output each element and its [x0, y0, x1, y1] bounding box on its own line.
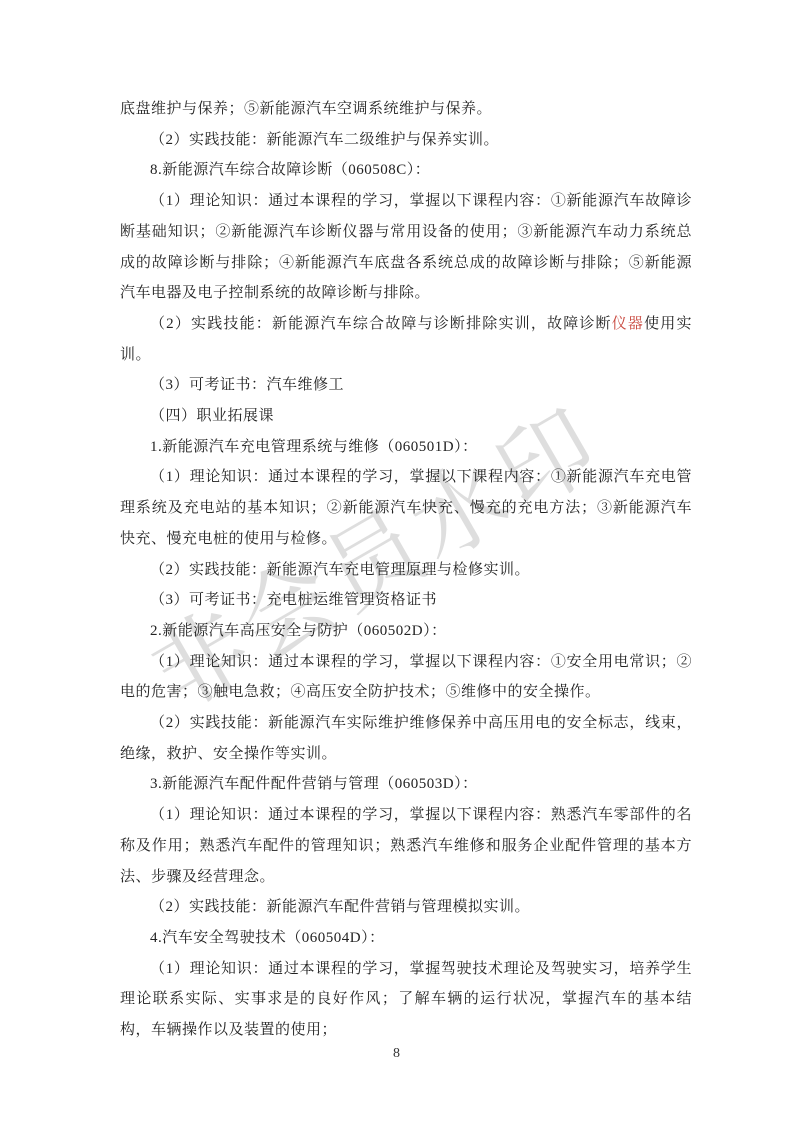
document-body: 底盘维护与保养；⑤新能源汽车空调系统维护与保养。（2）实践技能：新能源汽车二级维…: [120, 94, 692, 1046]
text-run: 2.新能源汽车高压安全与防护（060502D）：: [150, 623, 447, 639]
text-run: 8.新能源汽车综合故障诊断（060508C）：: [150, 162, 430, 178]
text-run: （四）职业拓展课: [150, 408, 274, 424]
paragraph: （2）实践技能：新能源汽车二级维护与保养实训。: [120, 125, 692, 156]
paragraph: （2）实践技能：新能源汽车综合故障与诊断排除实训，故障诊断仪器使用实训。: [120, 309, 692, 370]
text-run: 4.汽车安全驾驶技术（060504D）：: [150, 930, 385, 946]
paragraph: （2）实践技能：新能源汽车充电管理原理与检修实训。: [120, 555, 692, 586]
paragraph: （3）可考证书：汽车维修工: [120, 370, 692, 401]
paragraph: （1）理论知识：通过本课程的学习，掌握以下课程内容：熟悉汽车零部件的名称及作用；…: [120, 800, 692, 892]
paragraph: （3）可考证书：充电桩运维管理资格证书: [120, 585, 692, 616]
paragraph: （1）理论知识：通过本课程的学习，掌握以下课程内容：①新能源汽车故障诊断基础知识…: [120, 186, 692, 309]
paragraph: （2）实践技能：新能源汽车实际维护维修保养中高压用电的安全标志，线束，绝缘，救护…: [120, 708, 692, 769]
text-run: （2）实践技能：新能源汽车配件营销与管理模拟实训。: [150, 899, 530, 915]
text-run: （3）可考证书：汽车维修工: [150, 377, 344, 393]
paragraph: 2.新能源汽车高压安全与防护（060502D）：: [120, 616, 692, 647]
document-page: 非会员水印 底盘维护与保养；⑤新能源汽车空调系统维护与保养。（2）实践技能：新能…: [0, 0, 793, 1122]
text-run: （1）理论知识：通过本课程的学习，掌握以下课程内容：①新能源汽车充电管理系统及充…: [120, 469, 692, 546]
paragraph: 3.新能源汽车配件配件营销与管理（060503D）：: [120, 769, 692, 800]
text-run: （1）理论知识：通过本课程的学习，掌握以下课程内容：熟悉汽车零部件的名称及作用；…: [120, 807, 692, 884]
text-run: （3）可考证书：充电桩运维管理资格证书: [150, 592, 437, 608]
paragraph: 4.汽车安全驾驶技术（060504D）：: [120, 923, 692, 954]
paragraph: 底盘维护与保养；⑤新能源汽车空调系统维护与保养。: [120, 94, 692, 125]
text-run: 3.新能源汽车配件配件营销与管理（060503D）：: [150, 776, 478, 792]
text-run: （2）实践技能：新能源汽车实际维护维修保养中高压用电的安全标志，线束，绝缘，救护…: [120, 715, 692, 762]
text-run: （2）实践技能：新能源汽车综合故障与诊断排除实训，故障诊断: [150, 316, 612, 332]
red-highlighted-text: 仪器: [612, 316, 644, 332]
paragraph: （四）职业拓展课: [120, 401, 692, 432]
text-run: （1）理论知识：通过本课程的学习，掌握以下课程内容：①新能源汽车故障诊断基础知识…: [120, 193, 692, 301]
text-run: （2）实践技能：新能源汽车二级维护与保养实训。: [150, 132, 499, 148]
paragraph: （1）理论知识：通过本课程的学习，掌握以下课程内容：①安全用电常识；②电的危害；…: [120, 647, 692, 708]
paragraph: （1）理论知识：通过本课程的学习，掌握以下课程内容：①新能源汽车充电管理系统及充…: [120, 462, 692, 554]
paragraph: （2）实践技能：新能源汽车配件营销与管理模拟实训。: [120, 892, 692, 923]
paragraph: 8.新能源汽车综合故障诊断（060508C）：: [120, 155, 692, 186]
text-run: （1）理论知识：通过本课程的学习，掌握以下课程内容：①安全用电常识；②电的危害；…: [120, 654, 692, 701]
text-run: 1.新能源汽车充电管理系统与维修（060501D）：: [150, 439, 478, 455]
text-run: （1）理论知识：通过本课程的学习，掌握驾驶技术理论及驾驶实习，培养学生理论联系实…: [120, 961, 692, 1038]
page-number: 8: [0, 1046, 793, 1062]
paragraph: （1）理论知识：通过本课程的学习，掌握驾驶技术理论及驾驶实习，培养学生理论联系实…: [120, 954, 692, 1046]
text-run: （2）实践技能：新能源汽车充电管理原理与检修实训。: [150, 562, 530, 578]
paragraph: 1.新能源汽车充电管理系统与维修（060501D）：: [120, 432, 692, 463]
text-run: 底盘维护与保养；⑤新能源汽车空调系统维护与保养。: [120, 101, 492, 117]
